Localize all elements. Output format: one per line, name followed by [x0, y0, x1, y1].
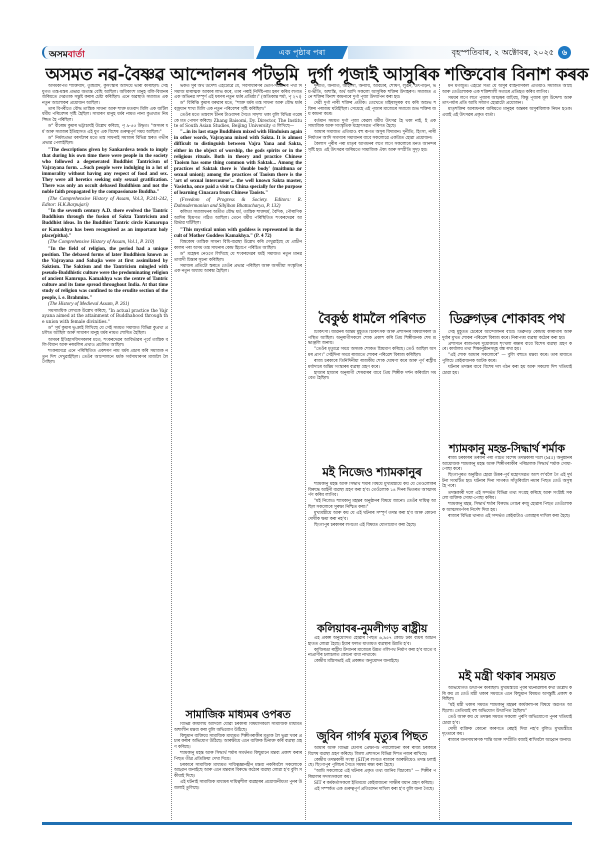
- paragraph: কাজিৰঙা ৰাষ্ট্ৰীয় উদ্যানৰ মাজেৰে উন্নত …: [308, 648, 436, 659]
- citation: (The Comprehensive History of Assam, Vol…: [42, 197, 168, 209]
- paragraph: তেওঁৰ মতে তন্ত্ৰবাদ চীনৰ টাওবাদৰ সৈতে সা…: [174, 113, 302, 130]
- logo-main-text: অসম: [49, 50, 68, 60]
- paragraph: বিশ্বকোষ তান্ত্ৰিক সাধনা বিধি-ব্যৱস্থা উ…: [174, 240, 302, 251]
- left-article-column-2: ভকত সুৰ অৰ্থ উদেশ্য এইটোৱে যে, সৰ্বসাধাৰ…: [174, 84, 302, 700]
- paragraph: ছিংগাপুৰ চৰকাৰৰ লগতো এই বিষয়ত যোগাযোগ ক…: [308, 523, 436, 529]
- paragraph: "এই শোক আমাৰ সকলোৰে" — বুলি বহুতে মন্তব্…: [442, 353, 572, 364]
- paragraph: প্ৰশাসনে ৰাজপথৰ দুয়োকাষে শৃংখলা ৰক্ষাৰ …: [442, 342, 572, 353]
- paragraph: হাজাৰ হাজাৰ অনুৰাগী শেষবাৰৰ বাবে প্ৰিয় …: [308, 371, 436, 382]
- paragraph: "তেওঁৰ মৃত্যুৱে সমগ্ৰ অসমক শোকত ম্ৰিয়মা…: [308, 347, 436, 358]
- moi-nijeo-body: শ্যামকানু মহন্ত আৰু সিদ্ধাৰ্থ শৰ্মাৰ বিষ…: [308, 482, 436, 600]
- paragraph: অসমকাপত শাক্তিবাদ, তুষ্টিবাদ, কুসংস্কাৰ …: [42, 84, 168, 106]
- masthead-left-band: অসমবাৰ্তা: [42, 46, 254, 59]
- shyamkanu-body: ৰাজ্য চৰকাৰৰ তৰফৰ পৰা গঠিত বিশেষ তদন্তকা…: [442, 456, 572, 668]
- kaliabor-body: এই প্ৰকল্প অনুমোদিত হোৱাৰ পিছত ৬,৯৫৭ কোট…: [308, 636, 436, 694]
- paragraph: ড° বিৰিঞ্চি কুমাৰ বৰুৱাৰ মতে, "শাক্ত ধৰ্…: [174, 101, 302, 112]
- paragraph: ৰাজ্যৰ জনসাধাৰণক শান্তি আৰু সম্প্ৰীতি বজ…: [442, 738, 572, 744]
- paragraph: আমাৰ সমাজত এতিয়াও বহু ৰূপত অসুৰ বিদ্যমা…: [308, 130, 436, 141]
- paragraph: এই ঘটনাই সামাজিক মাধ্যমৰ দায়িত্বশীল ব্য…: [174, 780, 302, 791]
- paragraph: SIT ৰ কৰ্মকৰ্তাসকলে ইতিমধ্যে কেইবাজনো সা…: [308, 781, 436, 787]
- paragraph: চৰকাৰে সামাজিক মাধ্যমত দায়িত্বজ্ঞানহীন …: [174, 763, 302, 780]
- paragraph: তদন্তকাৰী দলে এই সন্দৰ্ভত বিভিন্ন তথ্য স…: [442, 491, 572, 502]
- masthead-right-band: বৃহস্পতিবাৰ, ২ অক্টোবৰ, ২০২৫ ৬: [348, 46, 572, 59]
- paragraph: শংকৰদেৱে এনে পৰিস্থিতিত একশৰণ নাম ধৰ্মৰ …: [42, 349, 168, 366]
- issue-date: বৃহস্পতিবাৰ, ২ অক্টোবৰ, ২০২৫: [452, 47, 554, 60]
- zubeen-body: আমাৰ আৰু বিভিন্ন শ্ৰেণীৰ প্ৰেক্ষাপট পৰ্য…: [308, 746, 436, 820]
- headline-zubeen-garg: জুবিন গাৰ্গৰ মৃত্যুৰ পিছত: [308, 728, 436, 747]
- paragraph: শ্যামকানু মহন্ত, সিদ্ধাৰ্থ শৰ্মাৰ বিৰুদ্…: [442, 502, 572, 513]
- column-divider: [305, 84, 306, 820]
- paragraph: অসমৰ ইতিহাসবিদসকলৰ মতে, শংকৰদেৱৰ আবিৰ্ভা…: [42, 338, 168, 349]
- headline-baikuntha: বৈকুণ্ঠ ধামলৈ পৰিণত: [308, 310, 436, 331]
- citation: (The Comprehensive History of Assam, Vol…: [42, 240, 168, 246]
- masthead: অসমবাৰ্তা এক পৃষ্ঠাৰ পৰা বৃহস্পতিবাৰ, ২ …: [42, 46, 572, 59]
- paragraph: কেন্দ্ৰীয় মন্ত্ৰিসভাই এই প্ৰকল্পত অনুমো…: [308, 659, 436, 665]
- paragraph: "মই মন্ত্ৰী থকাৰ সময়ত শ্যামকানু মহন্তৰ …: [442, 703, 572, 714]
- paragraph: ভকত সুৰ অৰ্থ উদেশ্য এইটোৱে যে, সৰ্বসাধাৰ…: [174, 84, 302, 101]
- paragraph: ড° সূৰ্য কুমাৰ ভূঞাই লিখিছে যে সেই সময়ত…: [42, 326, 168, 337]
- paragraph: ৰাজ্যৰ বিভিন্ন থানাত এই সন্দৰ্ভত কেইবাটা…: [442, 514, 572, 520]
- paragraph: সময়ৰ লগে লগে পূজাৰ আড়ম্বৰ বাঢ়িছে, কিন…: [442, 96, 572, 107]
- page-number-badge: ৬: [558, 46, 571, 59]
- paragraph: সেই মুহূৰ্তত চেৰেৰে আন্দোলনৰ বাবে। ডিব্ৰ…: [442, 330, 572, 341]
- paragraph: আমাৰ আৰু বিভিন্ন শ্ৰেণীৰ প্ৰেক্ষাপট পৰ্য…: [308, 746, 436, 757]
- paragraph: কৈলাস পুৰীৰ পৰা মাতৃৰ আগমনৰ লগে লগে সকলো…: [308, 142, 436, 153]
- paragraph: কেন্দ্ৰীয় তদন্তকাৰী সংস্থা (SIT)ৰ লগতে …: [308, 758, 436, 769]
- paragraph: শ্যামকানু মহন্ত আৰু সিদ্ধাৰ্থ শৰ্মাৰ বিষ…: [308, 482, 436, 499]
- paragraph: ৰাজ্য চৰকাৰৰ তৰফৰ পৰা গঠিত বিশেষ তদন্তকা…: [442, 456, 572, 473]
- paragraph: এই প্ৰকল্প অনুমোদিত হোৱাৰ পিছত ৬,৯৫৭ কোট…: [308, 636, 436, 647]
- paragraph: বৰ্তমান সময়ত দুৰ্গা পূজা কেৱল ধৰ্মীয় উ…: [308, 119, 436, 130]
- paragraph: তাৰ বিপৰীতে বৌদ্ধ তান্ত্ৰিক সাধনা আৰু শা…: [42, 107, 168, 124]
- paragraph: "মই নিজেও শ্যামকানু মহন্তৰ অনুষ্ঠানৰ বিষ…: [308, 499, 436, 510]
- paragraph: তেওঁ আৰু কয় যে তদন্তৰ সময়ত সকলো পুৰণি …: [442, 715, 572, 726]
- paragraph: শ্যামকানু মহন্ত আৰু সিদ্ধাৰ্থ শৰ্মাৰ সমৰ…: [174, 751, 302, 762]
- page-bottom-rule: [42, 822, 572, 825]
- newspaper-page: অসমবাৰ্তা এক পৃষ্ঠাৰ পৰা বৃহস্পতিবাৰ, ২ …: [42, 0, 572, 862]
- logo-accent-text: বাৰ্তা: [68, 50, 85, 60]
- citation: (The History of Medieval Assam, P. 261): [42, 302, 168, 308]
- paragraph: দেৱী দুৰ্গা নাৰী শক্তিৰ প্ৰতীক। তেখেতে ম…: [308, 101, 436, 118]
- durga-article-column-2: মন মগজুত। এইটো সত্য যে অসুৰ বাহিনীসকল এত…: [442, 84, 572, 304]
- baikuntha-body: চিকিৎসা। জীৱনৰ অন্তিম মুহূৰ্তত চিকিৎসক আ…: [308, 330, 436, 458]
- paragraph: ছিংগাপুৰত অনুষ্ঠিত হোৱা উত্তৰ-পূৰ্ব মহোৎ…: [442, 473, 572, 490]
- left-article-column-1: অসমকাপত শাক্তিবাদ, তুষ্টিবাদ, কুসংস্কাৰ …: [42, 84, 168, 820]
- english-quote: "...in its last stage Buddhism mixed wit…: [174, 130, 302, 197]
- paragraph: দুৰ্নীতি, অনীতি, অহিংসা, অন্যায়, অবিচাৰ…: [308, 84, 436, 101]
- newspaper-logo: অসমবাৰ্তা: [49, 47, 85, 62]
- paragraph: অভিযোগত উত্থাপন কৰিছিল। মুখ্যমন্ত্ৰীয়ে …: [442, 686, 572, 703]
- citation: (Freedom of Progress & Society. Editors:…: [174, 198, 302, 210]
- paragraph: সমাজৰ প্ৰতিটো স্তৰতে তেওঁৰ প্ৰভাৱ পৰিছিল…: [174, 264, 302, 275]
- paragraph: সমসাময়িক লেখকে উল্লেখ কৰিছে, "In actual…: [42, 309, 168, 326]
- paragraph: বিভিন্ন কাৰ্যালয় আদিলৈ যোৱা চৰকাৰী বিষয…: [174, 722, 302, 733]
- english-quote: "In the field of religion, the period ha…: [42, 247, 168, 302]
- column-divider: [171, 84, 172, 820]
- dibrugarh-body: সেই মুহূৰ্তত চেৰেৰে আন্দোলনৰ বাবে। ডিব্ৰ…: [442, 330, 572, 434]
- moi-mantri-body: অভিযোগত উত্থাপন কৰিছিল। মুখ্যমন্ত্ৰীয়ে …: [442, 686, 572, 820]
- headline-moi-nijeo: মই নিজেও শ্যামকানুৰ: [308, 464, 436, 484]
- paragraph: ড° নিৰ্মলপ্ৰভা বৰদলৈৰ মতে তন্ত্ৰ সাধনাই …: [42, 136, 168, 147]
- section-label: এক পৃষ্ঠাৰ পৰা: [256, 46, 348, 59]
- english-quote: "In the seventh century A.D. there evolv…: [42, 209, 168, 239]
- paragraph: মাতৃশক্তিৰ আৰাধনাৰ জৰিয়তে মানুহৰ অন্তৰৰ…: [442, 107, 572, 118]
- paragraph: কলিতা সমাজখনৰ অতীত বৌদ্ধ ধৰ্ম, তান্ত্ৰিক…: [174, 210, 302, 227]
- paragraph: ড° বীৰেন্দ্ৰ কুমাৰ ভট্টাচাৰ্যই উল্লেখ কৰ…: [42, 124, 168, 135]
- english-quote: "This mystical union with goddess is rep…: [174, 228, 302, 240]
- paragraph: ৰাজ্য চৰকাৰে তিনিদিনীয়া ৰাজকীয় শোক ঘোষ…: [308, 359, 436, 370]
- paragraph: চিকিৎসা। জীৱনৰ অন্তিম মুহূৰ্তত চিকিৎসক আ…: [308, 330, 436, 347]
- paragraph: দোষী ব্যক্তিক কোনো কাৰণতে ৰেহাই দিয়া নহ…: [442, 727, 572, 738]
- paragraph: কিছুমান ব্যক্তিয়ে সামাজিক মাধ্যমত শিল্প…: [174, 734, 302, 751]
- headline-moi-mantri: মই মন্ত্ৰী থকাৰ সময়ত: [442, 668, 572, 688]
- paragraph: এই সম্পৰ্কত এক গুৰুত্বপূৰ্ণ প্ৰতিবেদন দা…: [308, 787, 436, 793]
- paragraph: মন মগজুত। এইটো সত্য যে অসুৰ বাহিনীসকল এত…: [442, 84, 572, 95]
- headline-dibrugarh: ডিব্ৰুগড়ৰ শোকাবহ পথ: [442, 310, 572, 331]
- social-media-body: বিভিন্ন কাৰ্যালয় আদিলৈ যোৱা চৰকাৰী বিষয…: [174, 722, 302, 820]
- english-quote: "The descriptions given by Sankardeva te…: [42, 148, 168, 197]
- paragraph: "আমি সকলোৱে এই ঘটনাৰ প্ৰকৃত তথ্য জানিব ব…: [308, 769, 436, 780]
- durga-article-column-1: দুৰ্নীতি, অনীতি, অহিংসা, অন্যায়, অবিচাৰ…: [308, 84, 436, 304]
- paragraph: মুখ্যমন্ত্ৰীয়ে আৰু কয় যে এই ঘটনাৰ সম্প…: [308, 511, 436, 522]
- paragraph: ড° মহেশ্বৰ নেওগে লিখিছে যে শংকৰদেৱৰ ধৰ্ম…: [174, 252, 302, 263]
- paragraph: ঘটনাৰ তদন্তৰ বাবে বিশেষ দল গঠন কৰা হয় আ…: [442, 365, 572, 376]
- column-divider: [439, 84, 440, 820]
